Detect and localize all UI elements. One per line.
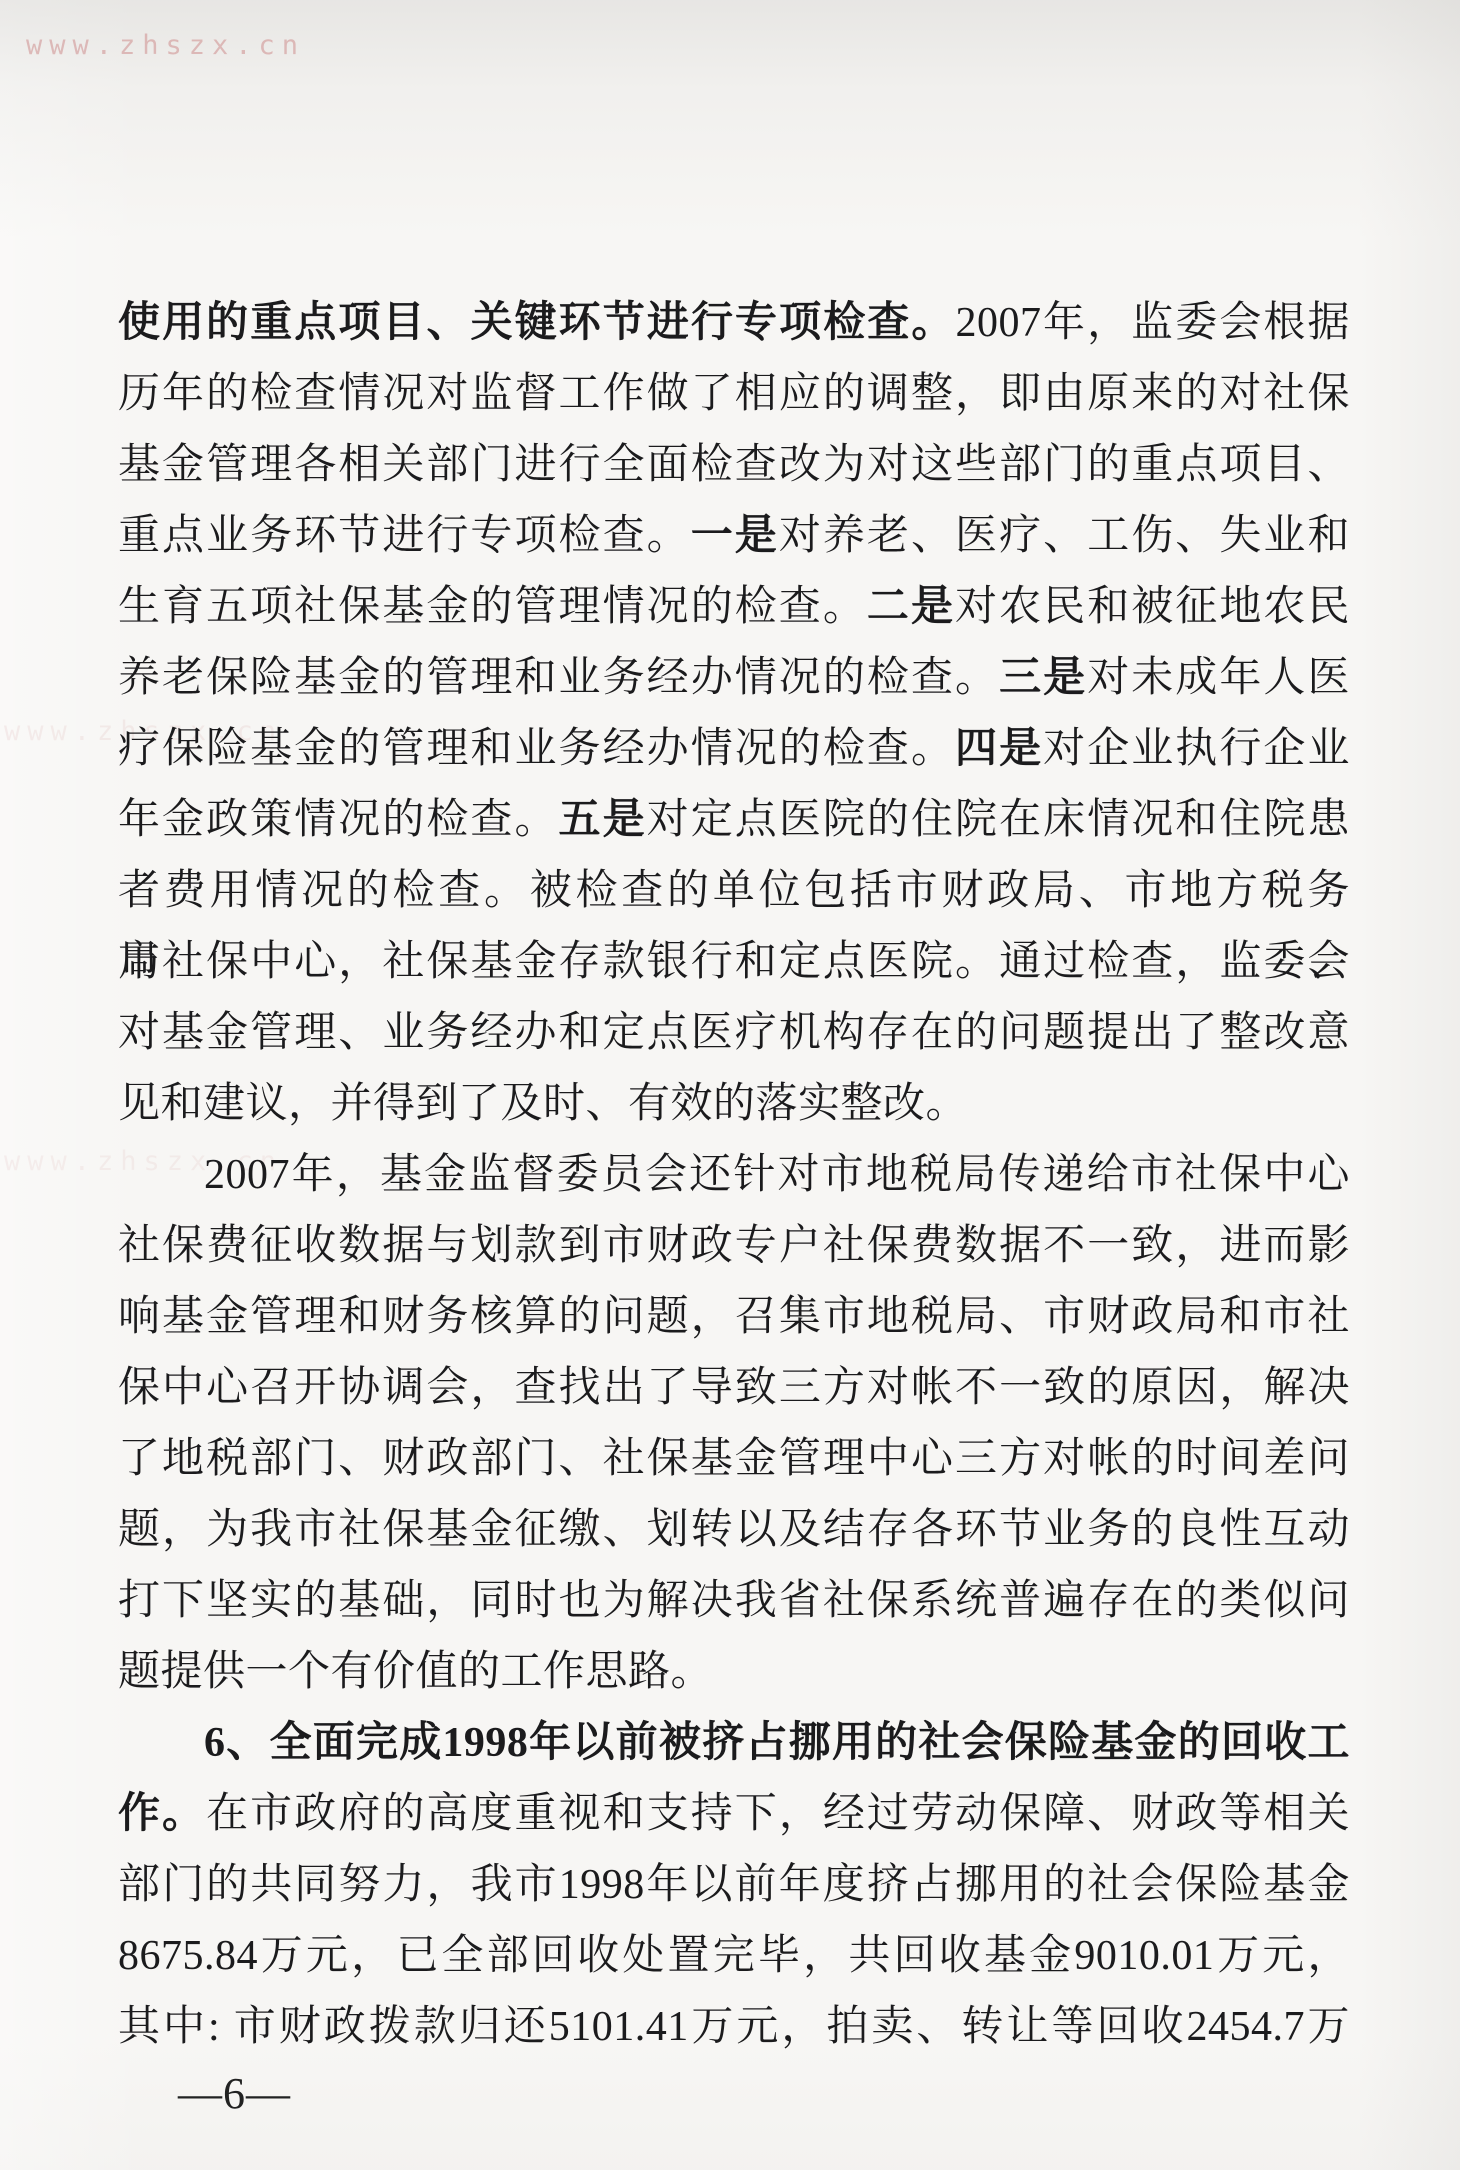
text-segment: 社保费征收数据与划款到市财政专户社保费数据不一致，进而影 (118, 1223, 1350, 1269)
text-segment: 生育五项社保基金的管理情况的检查。 (118, 584, 867, 630)
text-line: 题，为我市社保基金征缴、划转以及结存各环节业务的良性互动 (118, 1495, 1350, 1566)
text-line: 部门的共同努力，我市1998年以前年度挤占挪用的社会保险基金 (118, 1850, 1350, 1921)
text-segment: 2007年，监委会根据 (955, 300, 1350, 346)
text-line: 基金管理各相关部门进行全面检查改为对这些部门的重点项目、 (118, 430, 1350, 501)
text-line: 响基金管理和财务核算的问题，召集市地税局、市财政局和市社 (118, 1282, 1350, 1353)
document-text-block: 使用的重点项目、关键环节进行专项检查。2007年，监委会根据 历年的检查情况对监… (118, 288, 1350, 2063)
text-line: 了地税部门、财政部门、社保基金管理中心三方对帐的时间差问 (118, 1424, 1350, 1495)
text-line: 养老保险基金的管理和业务经办情况的检查。三是对未成年人医 (118, 643, 1350, 714)
text-segment: 二是 (867, 584, 955, 630)
text-segment: 题，为我市社保基金征缴、划转以及结存各环节业务的良性互动 (118, 1507, 1350, 1553)
text-segment: 疗保险基金的管理和业务经办情况的检查。 (118, 726, 955, 772)
text-segment: 响基金管理和财务核算的问题，召集市地税局、市财政局和市社 (118, 1294, 1350, 1340)
text-line: 保中心召开协调会，查找出了导致三方对帐不一致的原因，解决 (118, 1353, 1350, 1424)
text-segment: 四是 (955, 726, 1043, 772)
text-line: 见和建议，并得到了及时、有效的落实整改。 (118, 1069, 1350, 1140)
text-segment: 重点业务环节进行专项检查。 (118, 513, 691, 559)
text-segment: 见和建议，并得到了及时、有效的落实整改。 (118, 1081, 968, 1127)
text-segment: 2007年，基金监督委员会还针对市地税局传递给市社保中心 (204, 1152, 1350, 1198)
text-line: 作。在市政府的高度重视和支持下，经过劳动保障、财政等相关 (118, 1779, 1350, 1850)
text-segment: 其中: 市财政拨款归还5101.41万元，拍卖、转让等回收2454.7万 (118, 2004, 1350, 2050)
text-segment: 三是 (999, 655, 1087, 701)
text-segment: 历年的检查情况对监督工作做了相应的调整，即由原来的对社保 (118, 371, 1350, 417)
text-segment: 基金管理各相关部门进行全面检查改为对这些部门的重点项目、 (118, 442, 1350, 488)
text-segment: 保中心召开协调会，查找出了导致三方对帐不一致的原因，解决 (118, 1365, 1350, 1411)
watermark-text: www.zhszx.cn (26, 30, 305, 61)
text-line: 2007年，基金监督委员会还针对市地税局传递给市社保中心 (118, 1140, 1350, 1211)
text-line: 历年的检查情况对监督工作做了相应的调整，即由原来的对社保 (118, 359, 1350, 430)
text-segment: 对养老、医疗、工伤、失业和 (779, 513, 1350, 559)
text-segment: 作。 (118, 1791, 206, 1837)
page-number: —6— (178, 2068, 291, 2119)
text-segment: 对定点医院的住院在床情况和住院患 (647, 797, 1350, 843)
text-segment: 对企业执行企业 (1043, 726, 1350, 772)
text-line: 题提供一个有价值的工作思路。 (118, 1637, 1350, 1708)
text-line: 使用的重点项目、关键环节进行专项检查。2007年，监委会根据 (118, 288, 1350, 359)
text-segment: 一是 (691, 513, 779, 559)
text-segment: 五是 (559, 797, 647, 843)
text-line: 6、全面完成1998年以前被挤占挪用的社会保险基金的回收工 (118, 1708, 1350, 1779)
text-line: 8675.84万元，已全部回收处置完毕，共回收基金9010.01万元， (118, 1921, 1350, 1992)
text-segment: 部门的共同努力，我市1998年以前年度挤占挪用的社会保险基金 (118, 1862, 1350, 1908)
text-line: 社保费征收数据与划款到市财政专户社保费数据不一致，进而影 (118, 1211, 1350, 1282)
text-segment: 市社保中心，社保基金存款银行和定点医院。通过检查，监委会 (118, 939, 1350, 985)
scanned-document-page: { "page": { "watermark": "www.zhszx.cn",… (0, 0, 1460, 2170)
text-segment: 在市政府的高度重视和支持下，经过劳动保障、财政等相关 (206, 1791, 1350, 1837)
text-line: 生育五项社保基金的管理情况的检查。二是对农民和被征地农民 (118, 572, 1350, 643)
text-segment: 年金政策情况的检查。 (118, 797, 559, 843)
text-segment: 对未成年人医 (1087, 655, 1350, 701)
text-line: 年金政策情况的检查。五是对定点医院的住院在床情况和住院患 (118, 785, 1350, 856)
text-line: 者费用情况的检查。被检查的单位包括市财政局、市地方税务局、 (118, 856, 1350, 927)
section-heading-segment: 6、全面完成1998年以前被挤占挪用的社会保险基金的回收工 (204, 1720, 1350, 1766)
text-line: 打下坚实的基础，同时也为解决我省社保系统普遍存在的类似问 (118, 1566, 1350, 1637)
text-segment: 对基金管理、业务经办和定点医疗机构存在的问题提出了整改意 (118, 1010, 1350, 1056)
text-segment: 题提供一个有价值的工作思路。 (118, 1649, 713, 1695)
text-line: 重点业务环节进行专项检查。一是对养老、医疗、工伤、失业和 (118, 501, 1350, 572)
text-line: 其中: 市财政拨款归还5101.41万元，拍卖、转让等回收2454.7万 (118, 1992, 1350, 2063)
text-segment: 了地税部门、财政部门、社保基金管理中心三方对帐的时间差问 (118, 1436, 1350, 1482)
text-segment: 使用的重点项目、关键环节进行专项检查。 (118, 300, 955, 346)
text-segment: 8675.84万元，已全部回收处置完毕，共回收基金9010.01万元， (118, 1933, 1350, 1979)
text-segment: 对农民和被征地农民 (955, 584, 1350, 630)
text-segment: 打下坚实的基础，同时也为解决我省社保系统普遍存在的类似问 (118, 1578, 1350, 1624)
text-line: 疗保险基金的管理和业务经办情况的检查。四是对企业执行企业 (118, 714, 1350, 785)
text-line: 对基金管理、业务经办和定点医疗机构存在的问题提出了整改意 (118, 998, 1350, 1069)
text-segment: 养老保险基金的管理和业务经办情况的检查。 (118, 655, 999, 701)
text-line: 市社保中心，社保基金存款银行和定点医院。通过检查，监委会 (118, 927, 1350, 998)
